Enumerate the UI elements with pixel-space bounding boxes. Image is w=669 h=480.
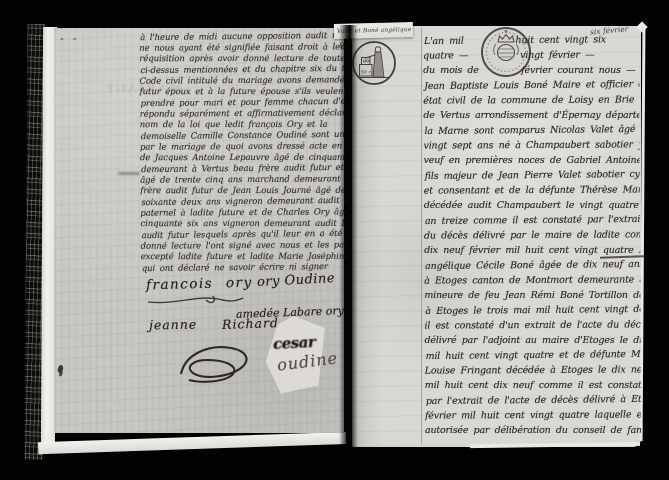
manuscript-line: délivré par l'adjoint au maire d'Etoges … xyxy=(425,333,641,348)
manuscript-line: Jean Baptiste Louis Boné Maire et offici… xyxy=(424,77,640,94)
manuscript-line: donné lecture l'ont signé avec nous et l… xyxy=(141,240,347,252)
manuscript-line: mil huit cent dix neuf comme il est cons… xyxy=(425,378,641,393)
signature-ory-oudine: ory Oudine xyxy=(257,271,336,290)
manuscript-line: audit futur lesquels après qu'il leur en… xyxy=(142,229,347,242)
manuscript-line: autorisée par délibération du conseil de… xyxy=(425,423,641,438)
page-stack-edge-bottom xyxy=(38,432,346,454)
manuscript-line: soixante deux ans vigneron demeurant aud… xyxy=(141,196,347,209)
manuscript-line: à Etoges le trois mai mil huit cent ving… xyxy=(425,302,641,319)
page-corner xyxy=(636,21,647,32)
manuscript-line: Louise Fringant décédée à Etoges le dix … xyxy=(425,362,641,378)
manuscript-text-right: L'an mil huit cent vingt sixquatre — vin… xyxy=(423,32,641,438)
svg-text:50 c: 50 c xyxy=(361,70,372,76)
manuscript-line: paternel à ladite future et de Charles O… xyxy=(140,207,346,219)
manuscript-line: par le mariage de quoi avons dressé acte… xyxy=(140,141,346,153)
manuscript-line: du décès délivré par le maire de ladite … xyxy=(424,227,640,243)
manuscript-line: février mil huit cent vingt quatre laque… xyxy=(425,407,641,423)
manuscript-line: quatre — vingt février — xyxy=(423,47,639,63)
manuscript-line: vingt sept ans né à Champaubert sabotier… xyxy=(423,137,639,153)
manuscript-line: à Etoges canton de Montmort demeurante à… xyxy=(424,272,640,288)
ink-speck xyxy=(57,364,64,373)
paraph-signature-icon xyxy=(175,340,257,386)
manuscript-line: an treize comme il est constaté par l'ex… xyxy=(425,212,641,229)
manuscript-line: et consentant et de la défunte Thérèse M… xyxy=(424,182,640,198)
manuscript-line: il est constaté d'un extrait de l'acte d… xyxy=(424,317,640,333)
signature-cesar: cesar xyxy=(273,333,316,353)
manuscript-line: demeurant à Vertus beau frère audit futu… xyxy=(141,163,347,176)
manuscript-line: par l'extrait de l'acte de décès délivré… xyxy=(426,392,641,409)
ink-smudge xyxy=(118,172,140,175)
margin-marks: „ „ xyxy=(60,32,80,41)
manuscript-line: mil huit cent vingt quatre et de défunte… xyxy=(426,347,641,364)
manuscript-line: la Marne sont comparus Nicolas Valet âgé… xyxy=(424,122,640,139)
manuscript-line: état civil de la commune de Loisy en Bri… xyxy=(423,92,639,108)
manuscript-line: Code civil intitulé du mariage avons dem… xyxy=(139,75,345,87)
right-page-bottom-edge xyxy=(470,442,640,448)
signature-richard: Richard xyxy=(222,315,279,332)
manuscript-line: veuf en premières noces de Gabriel Antoi… xyxy=(424,153,640,168)
manuscript-line: fils majeur de Jean Pierre Valet sabotie… xyxy=(425,167,641,184)
manuscript-text-left: à l'heure de midi aucune opposition audi… xyxy=(139,31,347,274)
manuscript-line: décédée audit Champaubert le vingt quatr… xyxy=(424,198,640,213)
manuscript-line: du mois de février courant nous — xyxy=(423,63,639,78)
right-page: Valet et Boné angélique 9 50 c six févri… xyxy=(352,26,641,447)
manuscript-line: mineure de feu Jean Rémi Boné Tortillon … xyxy=(424,288,640,303)
manuscript-line: angélique Cécile Boné âgée de dix neuf a… xyxy=(425,257,641,274)
manuscript-line: prendre pour mari et pour femme chacun d… xyxy=(141,97,347,110)
manuscript-line: demoiselle Camille Constance Oudiné sont… xyxy=(141,130,347,143)
manuscript-line: âgé de trente cinq ans marchand demeuran… xyxy=(140,174,346,186)
manuscript-line: ci-dessus mentionnées et du chapitre six… xyxy=(140,64,346,77)
margin-rule xyxy=(421,28,422,444)
signature-jeanne: jeanne xyxy=(149,317,197,333)
left-page: „ „ MARIAGE An V. à l'heure de midi aucu… xyxy=(54,28,344,433)
manuscript-line: de Vertus arrondissement d'Épernay dépar… xyxy=(423,108,639,123)
scan-canvas: „ „ MARIAGE An V. à l'heure de midi aucu… xyxy=(0,0,669,480)
gutter-shadow xyxy=(339,25,358,449)
manuscript-line: ne nous ayant été signifiée faisant droi… xyxy=(139,42,345,54)
manuscript-line: répondu séparément et affirmativement dé… xyxy=(140,108,346,120)
signature-francois-ory: francois ory xyxy=(146,275,253,294)
signature-underline-icon xyxy=(146,292,246,306)
manuscript-line: L'an mil huit cent vingt six xyxy=(424,32,640,49)
